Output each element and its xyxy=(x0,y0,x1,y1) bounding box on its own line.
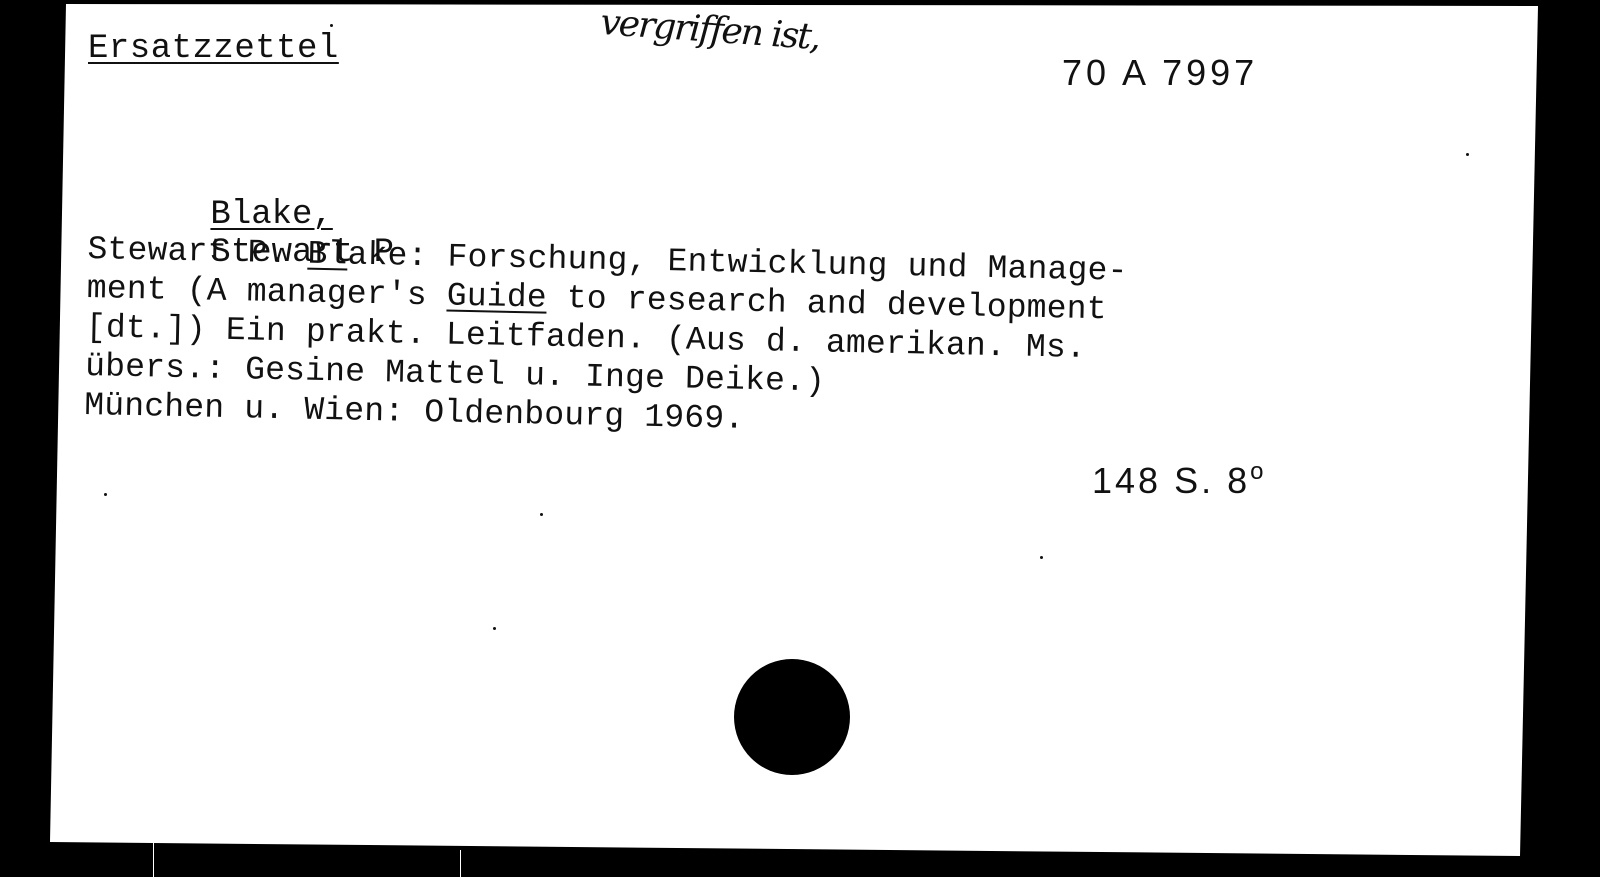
scan-speck xyxy=(47,626,50,629)
scan-speck xyxy=(1466,153,1469,156)
punch-hole xyxy=(734,659,850,775)
physical-extent: 148 S. 8o xyxy=(1092,458,1266,502)
scan-speck xyxy=(330,24,333,27)
handwritten-note: vergriffen ist, xyxy=(599,2,820,58)
scan-speck xyxy=(1040,556,1043,559)
shelfmark: 70 A 7997 xyxy=(1062,52,1258,94)
bibliographic-description: Stewart P. Blake: Forschung, Entwicklung… xyxy=(84,230,1128,447)
scanned-catalog-card: Ersatzzettel vergriffen ist, 70 A 7997 B… xyxy=(0,0,1600,877)
scan-speck xyxy=(493,627,496,630)
author-surname: Blake, xyxy=(210,196,332,234)
index-card: Ersatzzettel vergriffen ist, 70 A 7997 B… xyxy=(0,0,1600,877)
scan-speck xyxy=(104,493,107,496)
scan-artifact-line xyxy=(460,850,461,877)
scan-speck xyxy=(540,513,543,516)
scan-artifact-line xyxy=(153,842,154,877)
card-type-label: Ersatzzettel xyxy=(88,30,339,68)
